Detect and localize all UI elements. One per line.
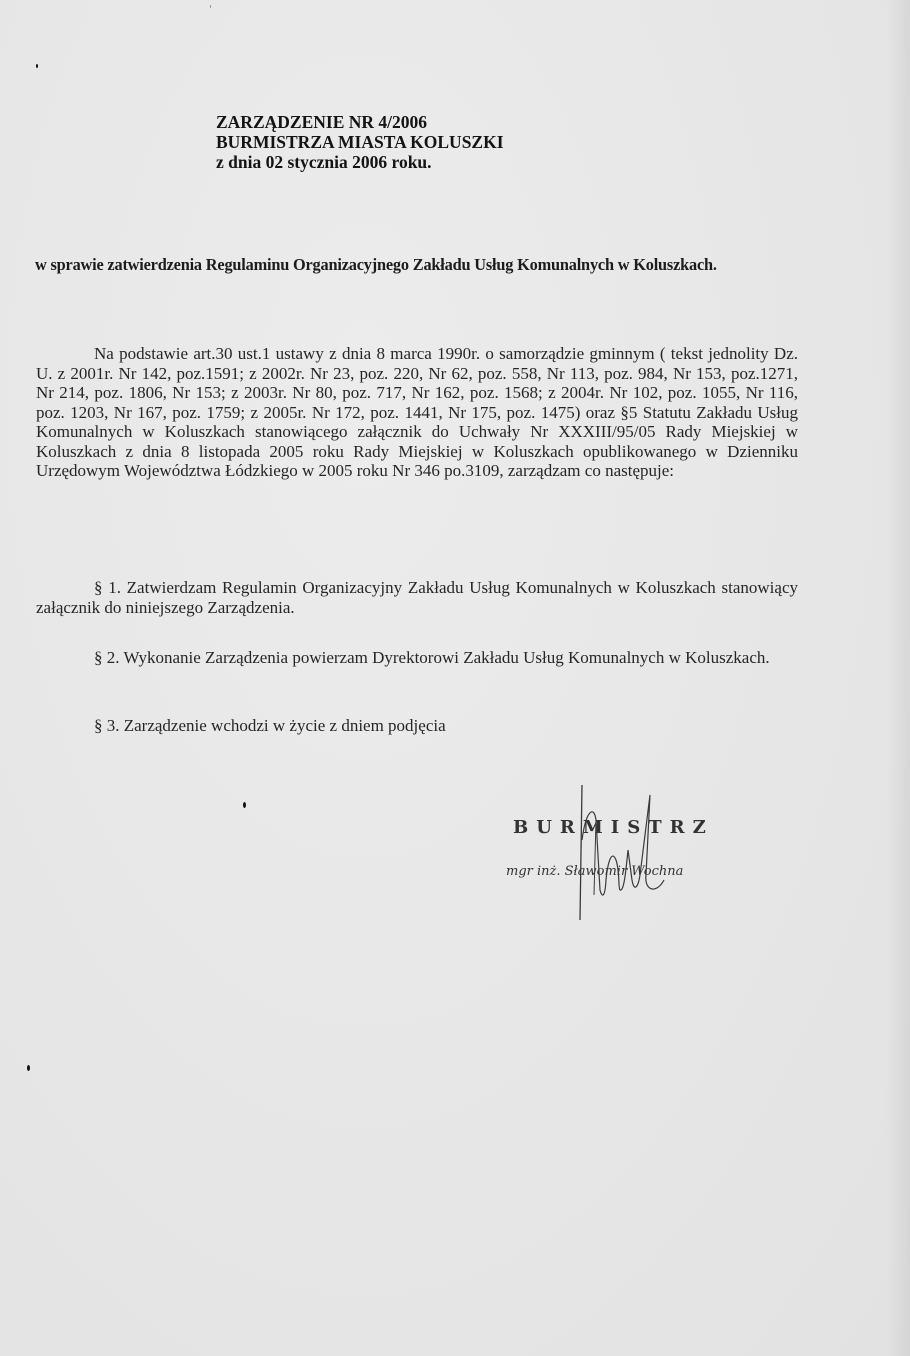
- legal-basis-paragraph: Na podstawie art.30 ust.1 ustawy z dnia …: [36, 344, 798, 481]
- scan-speck: [210, 5, 211, 8]
- section-3: § 3. Zarządzenie wchodzi w życie z dniem…: [36, 716, 798, 736]
- issuing-authority: BURMISTRZA MIASTA KOLUSZKI: [216, 132, 504, 152]
- handwritten-signature: [560, 780, 690, 930]
- section-2-text: § 2. Wykonanie Zarządzenia powierzam Dyr…: [94, 648, 770, 667]
- section-1-text: § 1. Zatwierdzam Regulamin Organizacyjny…: [36, 578, 798, 617]
- ordinance-number: ZARZĄDZENIE NR 4/2006: [216, 112, 504, 132]
- scan-speck: [27, 1065, 30, 1071]
- section-3-text: § 3. Zarządzenie wchodzi w życie z dniem…: [94, 716, 446, 735]
- section-1: § 1. Zatwierdzam Regulamin Organizacyjny…: [36, 578, 798, 617]
- ordinance-date: z dnia 02 stycznia 2006 roku.: [216, 152, 504, 172]
- section-2: § 2. Wykonanie Zarządzenia powierzam Dyr…: [36, 648, 798, 668]
- ordinance-subject: w sprawie zatwierdzenia Regulaminu Organ…: [35, 254, 774, 275]
- scan-speck: [36, 64, 38, 68]
- document-header: ZARZĄDZENIE NR 4/2006 BURMISTRZA MIASTA …: [216, 112, 504, 172]
- legal-basis-text: Na podstawie art.30 ust.1 ustawy z dnia …: [36, 344, 798, 480]
- scan-speck: [243, 802, 246, 808]
- scanned-page: ZARZĄDZENIE NR 4/2006 BURMISTRZA MIASTA …: [0, 0, 910, 1356]
